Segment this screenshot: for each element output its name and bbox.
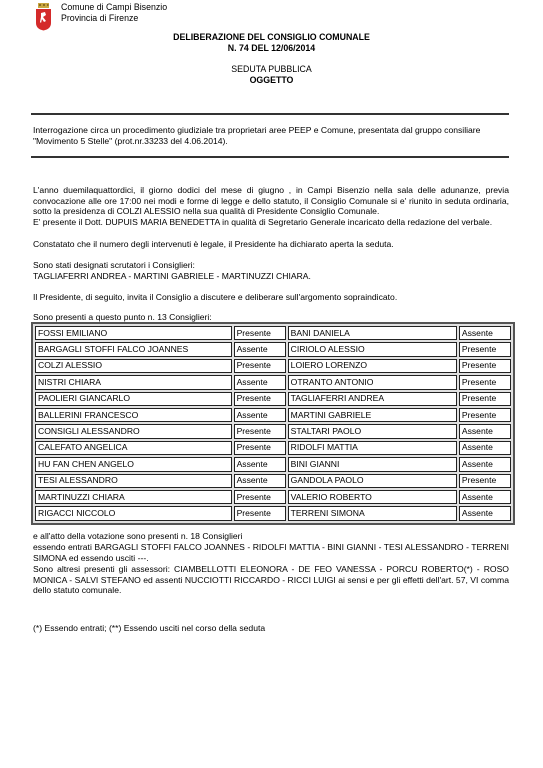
attendance-status: Presente (234, 490, 286, 504)
councillor-name: RIDOLFI MATTIA (288, 441, 457, 455)
attendance-status: Assente (234, 375, 286, 389)
table-row: PAOLIERI GIANCARLOPresenteTAGLIAFERRI AN… (35, 392, 511, 406)
attendance-status: Presente (234, 441, 286, 455)
attendance-status: Assente (459, 441, 511, 455)
table-row: COLZI ALESSIOPresenteLOIERO LORENZOPrese… (35, 359, 511, 373)
attendance-status: Presente (234, 392, 286, 406)
attendance-status: Assente (459, 490, 511, 504)
attendance-status: Assente (459, 424, 511, 438)
table-row: NISTRI CHIARAAssenteOTRANTO ANTONIOPrese… (35, 375, 511, 389)
attendance-status: Presente (234, 424, 286, 438)
councillor-name: LOIERO LORENZO (288, 359, 457, 373)
secretary-paragraph: E' presente il Dott. DUPUIS MARIA BENEDE… (33, 217, 509, 228)
attendance-status: Presente (234, 359, 286, 373)
attendance-status: Assente (234, 474, 286, 488)
subject-heading: OGGETTO (0, 75, 543, 86)
attendance-status: Assente (234, 408, 286, 422)
scrutineers-label: Sono stati designati scrutatori i Consig… (33, 260, 509, 271)
footnote: (*) Essendo entrati; (**) Essendo usciti… (33, 623, 509, 634)
present-count: Sono presenti a questo punto n. 13 Consi… (33, 312, 509, 323)
councillor-name: RIGACCI NICCOLO (35, 506, 232, 520)
session-type: SEDUTA PUBBLICA (0, 64, 543, 75)
invitation-paragraph: Il Presidente, di seguito, invita il Con… (33, 292, 509, 303)
councillor-name: TESI ALESSANDRO (35, 474, 232, 488)
attendance-status: Assente (459, 506, 511, 520)
table-row: HU FAN CHEN ANGELOAssenteBINI GIANNIAsse… (35, 457, 511, 471)
councillor-name: MARTINI GABRIELE (288, 408, 457, 422)
councillor-name: GANDOLA PAOLO (288, 474, 457, 488)
table-row: FOSSI EMILIANOPresenteBANI DANIELAAssent… (35, 326, 511, 340)
councillor-name: TERRENI SIMONA (288, 506, 457, 520)
attendance-status: Assente (234, 457, 286, 471)
councillor-name: CONSIGLI ALESSANDRO (35, 424, 232, 438)
table-row: RIGACCI NICCOLOPresenteTERRENI SIMONAAss… (35, 506, 511, 520)
table-row: TESI ALESSANDROAssenteGANDOLA PAOLOPrese… (35, 474, 511, 488)
attendance-status: Presente (459, 359, 511, 373)
councillor-name: CALEFATO ANGELICA (35, 441, 232, 455)
councillor-name: OTRANTO ANTONIO (288, 375, 457, 389)
scrutineers-names: TAGLIAFERRI ANDREA - MARTINI GABRIELE - … (33, 271, 509, 282)
entered-councillors: essendo entrati BARGAGLI STOFFI FALCO JO… (33, 542, 509, 563)
attendance-status: Presente (459, 408, 511, 422)
municipality-header: Comune di Campi Bisenzio Provincia di Fi… (61, 2, 167, 23)
province-name: Provincia di Firenze (61, 13, 167, 24)
attendance-status: Presente (459, 342, 511, 356)
attendance-table: FOSSI EMILIANOPresenteBANI DANIELAAssent… (31, 322, 515, 525)
document-title: DELIBERAZIONE DEL CONSIGLIO COMUNALE (0, 32, 543, 43)
quorum-paragraph: Constatato che il numero degli intervenu… (33, 239, 509, 250)
attendance-status: Assente (234, 342, 286, 356)
councillor-name: NISTRI CHIARA (35, 375, 232, 389)
councillor-name: BARGAGLI STOFFI FALCO JOANNES (35, 342, 232, 356)
attendance-status: Presente (234, 506, 286, 520)
coat-of-arms-icon (35, 3, 52, 31)
councillor-name: PAOLIERI GIANCARLO (35, 392, 232, 406)
councillor-name: HU FAN CHEN ANGELO (35, 457, 232, 471)
vote-count: e all'atto della votazione sono presenti… (33, 531, 509, 542)
attendance-status: Presente (459, 474, 511, 488)
councillor-name: CIRIOLO ALESSIO (288, 342, 457, 356)
councillor-name: TAGLIAFERRI ANDREA (288, 392, 457, 406)
councillor-name: COLZI ALESSIO (35, 359, 232, 373)
councillor-name: MARTINUZZI CHIARA (35, 490, 232, 504)
assessors-paragraph: Sono altresi presenti gli assessori: CIA… (33, 564, 509, 596)
intro-paragraph: L'anno duemilaquattordici, il giorno dod… (33, 185, 509, 217)
table-row: CALEFATO ANGELICAPresenteRIDOLFI MATTIAA… (35, 441, 511, 455)
divider (31, 156, 509, 158)
attendance-status: Presente (234, 326, 286, 340)
attendance-status: Assente (459, 326, 511, 340)
councillor-name: BALLERINI FRANCESCO (35, 408, 232, 422)
attendance-status: Presente (459, 375, 511, 389)
attendance-status: Assente (459, 457, 511, 471)
table-row: MARTINUZZI CHIARAPresenteVALERIO ROBERTO… (35, 490, 511, 504)
councillor-name: BINI GIANNI (288, 457, 457, 471)
attendance-status: Presente (459, 392, 511, 406)
table-row: BARGAGLI STOFFI FALCO JOANNESAssenteCIRI… (35, 342, 511, 356)
councillor-name: STALTARI PAOLO (288, 424, 457, 438)
councillor-name: VALERIO ROBERTO (288, 490, 457, 504)
divider (31, 113, 509, 115)
subject-text: Interrogazione circa un procedimento giu… (33, 125, 509, 146)
document-number: N. 74 DEL 12/06/2014 (0, 43, 543, 54)
councillor-name: BANI DANIELA (288, 326, 457, 340)
table-row: CONSIGLI ALESSANDROPresenteSTALTARI PAOL… (35, 424, 511, 438)
table-row: BALLERINI FRANCESCOAssenteMARTINI GABRIE… (35, 408, 511, 422)
municipality-name: Comune di Campi Bisenzio (61, 2, 167, 13)
councillor-name: FOSSI EMILIANO (35, 326, 232, 340)
